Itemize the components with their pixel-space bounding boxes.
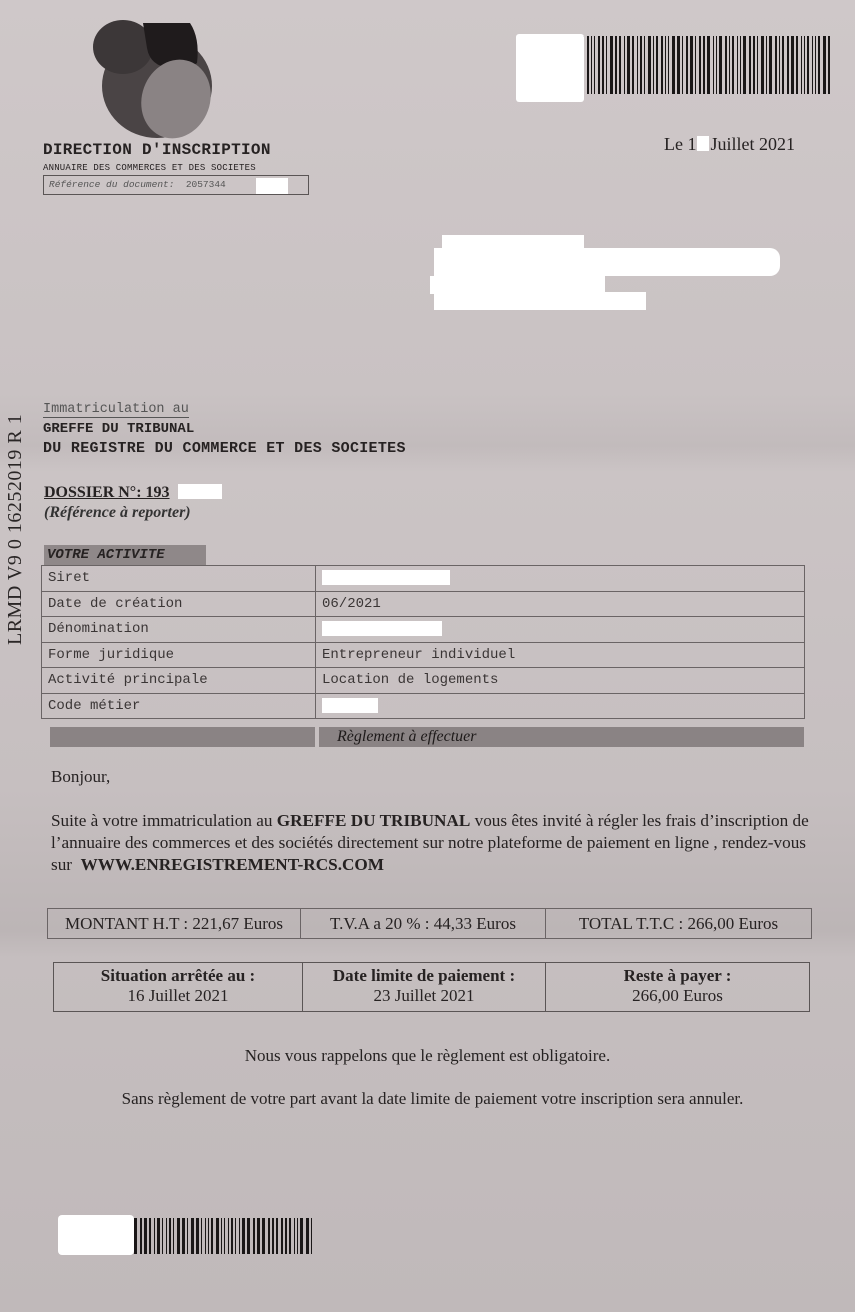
activity-value [316,617,805,643]
activity-value [316,566,805,592]
side-reference-code: LRMD V9 0 16252019 R 1 [4,414,27,645]
greeting: Bonjour, [51,767,110,787]
organization-title: DIRECTION D'INSCRIPTION [43,141,271,159]
activity-label: Forme juridique [42,642,316,668]
document-reference-label: Référence du document: [49,179,174,190]
redaction [322,570,450,585]
activity-label: Date de création [42,591,316,617]
redaction [434,292,646,310]
barcode-top [582,36,832,94]
redaction [178,484,222,499]
activity-row: Siret [42,566,805,592]
activity-value [316,693,805,719]
overlapping-circles-logo-icon [85,18,215,140]
redaction [256,178,288,194]
amount-tva: T.V.A a 20 % : 44,33 Euros [301,909,546,938]
activity-label: Code métier [42,693,316,719]
payment-banner-label: Règlement à effectuer [319,727,804,747]
payment-reminder: Nous vous rappelons que le règlement est… [0,1046,855,1066]
payment-status-table: Situation arrêtée au : 16 Juillet 2021 D… [53,962,810,1012]
redaction [58,1215,134,1255]
registration-line-2: DU REGISTRE DU COMMERCE ET DES SOCIETES [43,440,406,457]
organization-subtitle: ANNUAIRE DES COMMERCES ET DES SOCIETES [43,163,256,173]
activity-label: Dénomination [42,617,316,643]
payment-banner: Règlement à effectuer [50,727,804,747]
activity-table: SiretDate de création06/2021Dénomination… [41,565,805,719]
activity-row: Dénomination [42,617,805,643]
activity-heading: VOTRE ACTIVITE [44,545,206,565]
redaction [322,621,442,636]
document-reference-value: 2057344 [186,179,226,190]
redaction [434,248,780,276]
amounts-table: MONTANT H.T : 221,67 Euros T.V.A a 20 % … [47,908,812,939]
amount-ht: MONTANT H.T : 221,67 Euros [48,909,301,938]
redaction [516,34,584,102]
payment-website-link[interactable]: WWW.ENREGISTREMENT-RCS.COM [81,855,384,874]
registration-intro: Immatriculation au [43,402,189,418]
letter-date: Le 1Juillet 2021 [664,134,795,155]
activity-label: Activité principale [42,668,316,694]
letter-body: Suite à votre immatriculation au GREFFE … [51,810,811,876]
activity-value: Location de logements [316,668,805,694]
dossier-number: DOSSIER N°: 193 [44,484,170,502]
redaction [322,698,378,713]
activity-value: Entrepreneur individuel [316,642,805,668]
activity-row: Activité principaleLocation de logements [42,668,805,694]
barcode-bottom [134,1218,314,1254]
activity-row: Forme juridiqueEntrepreneur individuel [42,642,805,668]
redaction [697,136,709,151]
amount-ttc: TOTAL T.T.C : 266,00 Euros [546,909,811,938]
payment-warning: Sans règlement de votre part avant la da… [0,1089,855,1109]
registration-line-1: GREFFE DU TRIBUNAL [43,421,194,437]
payment-banner-left [50,727,315,747]
tribunal-emphasis: GREFFE DU TRIBUNAL [277,811,471,830]
activity-row: Date de création06/2021 [42,591,805,617]
activity-label: Siret [42,566,316,592]
status-cell: Reste à payer : 266,00 Euros [546,963,809,1011]
activity-value: 06/2021 [316,591,805,617]
dossier-note: (Référence à reporter) [44,504,191,522]
status-cell: Date limite de paiement : 23 Juillet 202… [303,963,546,1011]
status-cell: Situation arrêtée au : 16 Juillet 2021 [54,963,303,1011]
activity-row: Code métier [42,693,805,719]
